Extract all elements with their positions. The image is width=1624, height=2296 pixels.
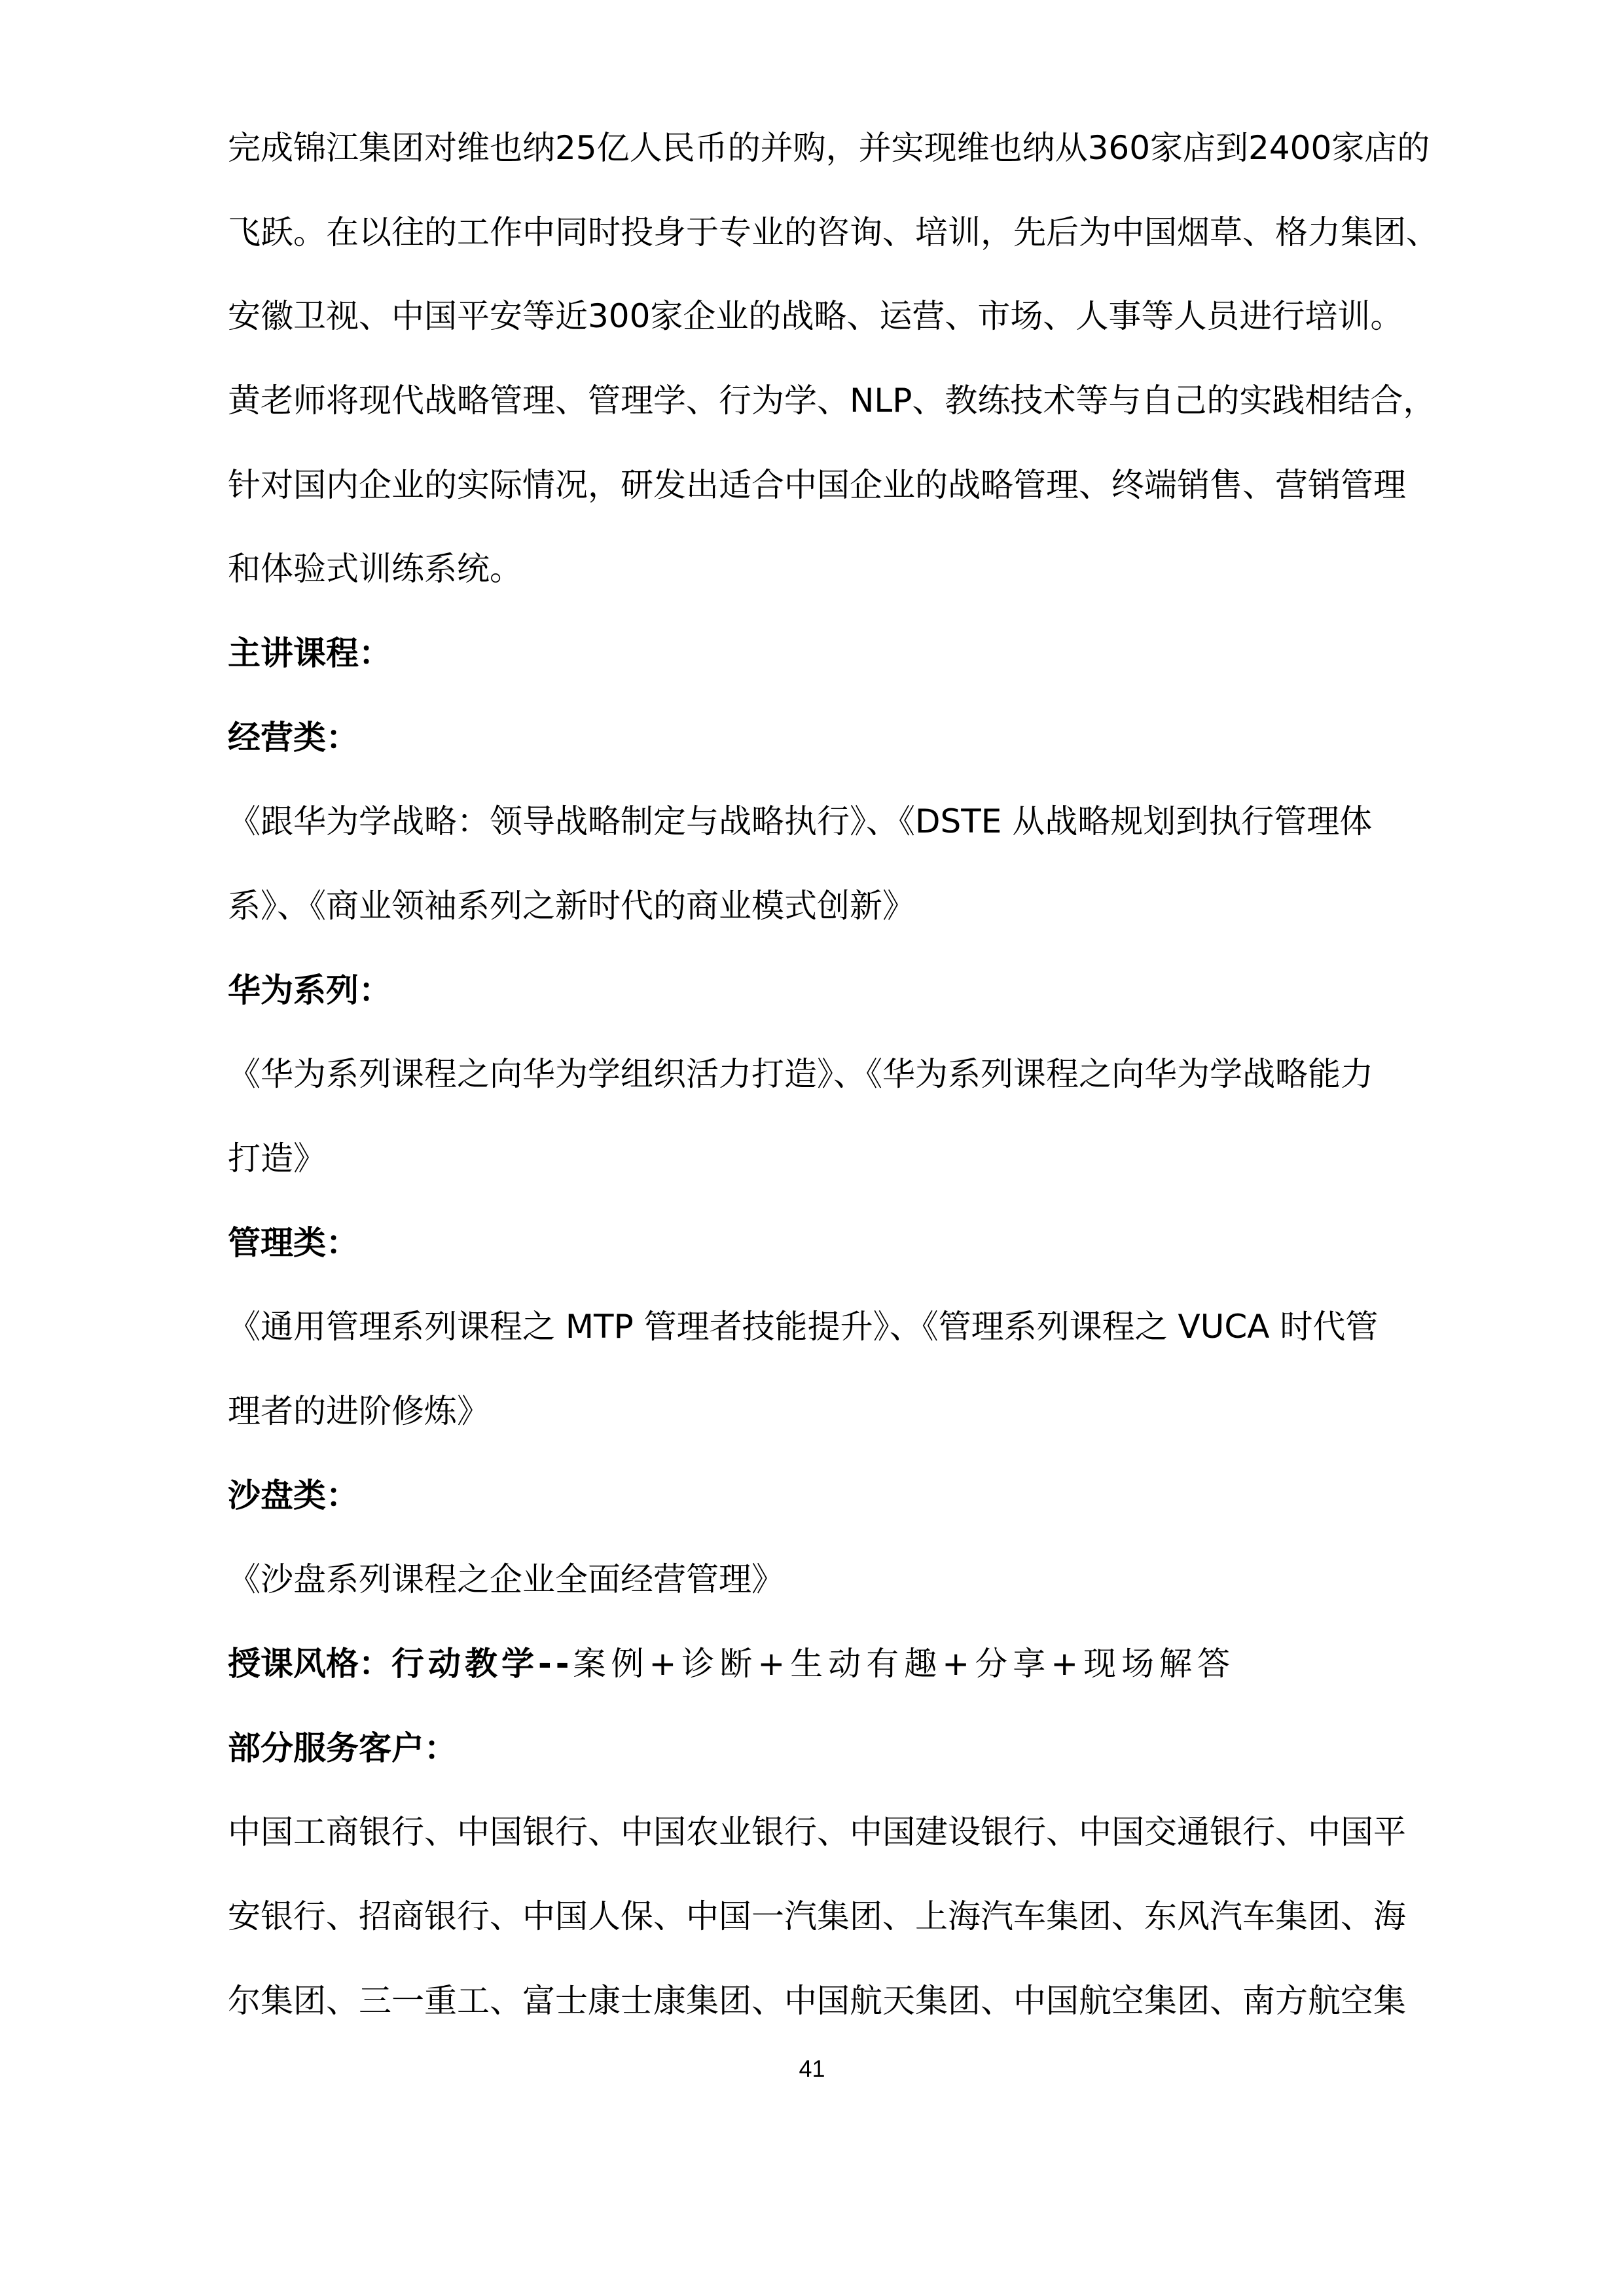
category-title-management: 管理类： xyxy=(228,1223,359,1263)
course-line: 系》、《商业领袖系列之新时代的商业模式创新》 xyxy=(228,886,915,925)
teaching-style-emphasis: 行动教学-- xyxy=(391,1645,573,1683)
intro-line-2: 飞跃。在以往的工作中同时投身于专业的咨询、培训，先后为中国烟草、格力集团、 xyxy=(228,213,1439,252)
course-line: 打造》 xyxy=(228,1139,326,1178)
course-line: 《跟华为学战略：领导战略制定与战略执行》、《DSTE 从战略规划到执行管理体 xyxy=(228,802,1372,841)
teaching-style-detail: 案例+诊断+生动有趣+分享+现场解答 xyxy=(573,1645,1236,1683)
clients-line-3: 尔集团、三一重工、富士康士康集团、中国航天集团、中国航空集团、南方航空集 xyxy=(228,1981,1406,2020)
course-line: 《通用管理系列课程之 MTP 管理者技能提升》、《管理系列课程之 VUCA 时代… xyxy=(228,1307,1378,1346)
intro-line-3: 安徽卫视、中国平安等近300家企业的战略、运营、市场、人事等人员进行培训。 xyxy=(228,296,1403,336)
course-line: 《华为系列课程之向华为学组织活力打造》、《华为系列课程之向华为学战略能力 xyxy=(228,1054,1373,1094)
category-title-huawei: 华为系列： xyxy=(228,971,391,1010)
document-page: 完成锦江集团对维也纳25亿人民币的并购，并实现维也纳从360家店到2400家店的… xyxy=(0,0,1624,2296)
course-line: 理者的进阶修炼》 xyxy=(228,1391,490,1431)
intro-line-5: 针对国内企业的实际情况，研发出适合中国企业的战略管理、终端销售、营销管理 xyxy=(228,465,1406,505)
category-title-sandbox: 沙盘类： xyxy=(228,1476,359,1515)
intro-line-4: 黄老师将现代战略管理、管理学、行为学、NLP、教练技术等与自己的实践相结合， xyxy=(228,381,1435,420)
clients-line-2: 安银行、招商银行、中国人保、中国一汽集团、上海汽车集团、东风汽车集团、海 xyxy=(228,1897,1406,1936)
category-title-business: 经营类： xyxy=(228,718,359,757)
clients-line-1: 中国工商银行、中国银行、中国农业银行、中国建设银行、中国交通银行、中国平 xyxy=(228,1812,1406,1852)
teaching-style: 授课风格：行动教学--案例+诊断+生动有趣+分享+现场解答 xyxy=(228,1644,1235,1683)
intro-line-1: 完成锦江集团对维也纳25亿人民币的并购，并实现维也纳从360家店到2400家店的 xyxy=(228,128,1430,168)
page-number: 41 xyxy=(0,2055,1624,2083)
intro-line-6: 和体验式训练系统。 xyxy=(228,549,522,588)
course-line: 《沙盘系列课程之企业全面经营管理》 xyxy=(228,1560,784,1599)
clients-heading: 部分服务客户： xyxy=(228,1729,457,1768)
courses-heading: 主讲课程： xyxy=(228,634,391,673)
teaching-style-label: 授课风格： xyxy=(228,1645,391,1683)
